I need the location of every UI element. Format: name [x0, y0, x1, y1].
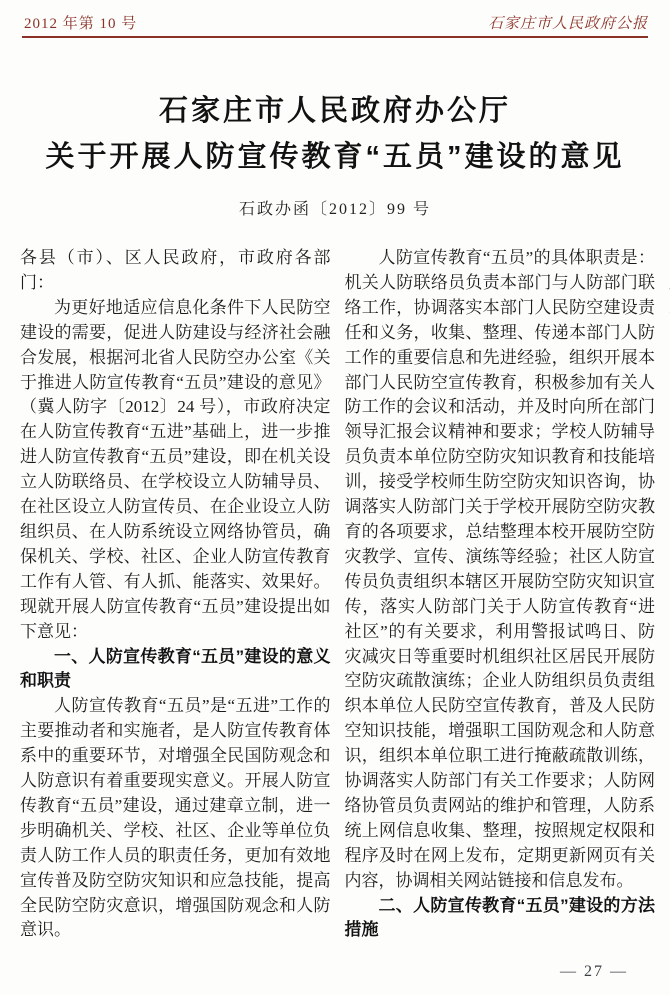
document-title-line2: 关于开展人防宣传教育“五员”建设的意见	[0, 134, 670, 180]
masthead: 2012 年第 10 号 石家庄市人民政府公报	[0, 0, 670, 33]
bulletin-page: 2012 年第 10 号 石家庄市人民政府公报 石家庄市人民政府办公厅 关于开展…	[0, 0, 670, 995]
paragraph-body: 人防宣传教育“五员”是“五进”工作的主要推动者和实施者，是人防宣传教育体系中的重…	[20, 694, 331, 943]
paragraph-body: 人防宣传教育“五员”的具体职责是：机关人防联络员负责本部门与人防部门联络工作，协…	[345, 246, 656, 894]
paragraph-heading: 二、人防宣传教育“五员”建设的方法措施	[345, 894, 656, 944]
issue-number: 2012 年第 10 号	[24, 12, 137, 33]
paragraph-salutation: 各县（市）、区人民政府，市政府各部门：	[20, 246, 331, 296]
page-number: — 27 —	[560, 963, 628, 981]
paragraph-heading: 一、人防宣传教育“五员”建设的意义和职责	[20, 645, 331, 695]
document-title-line1: 石家庄市人民政府办公厅	[0, 88, 670, 134]
article-body: 各县（市）、区人民政府，市政府各部门：为更好地适应信息化条件下人民防空建设的需要…	[0, 246, 670, 972]
document-number: 石政办函〔2012〕99 号	[0, 196, 670, 219]
paragraph-body: 为更好地适应信息化条件下人民防空建设的需要，促进人防建设与经济社会融合发展，根据…	[20, 296, 331, 645]
masthead-divider	[22, 36, 648, 38]
document-title: 石家庄市人民政府办公厅 关于开展人防宣传教育“五员”建设的意见	[0, 88, 670, 180]
publication-name: 石家庄市人民政府公报	[488, 12, 648, 33]
